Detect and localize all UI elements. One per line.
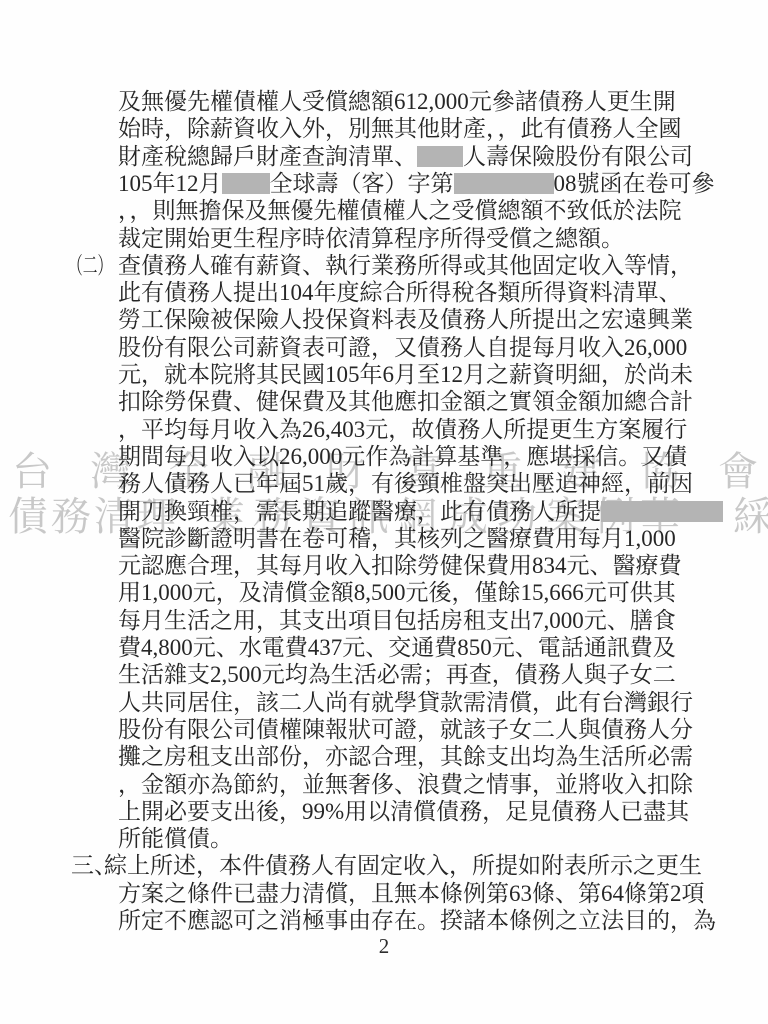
- line-text: 所能償債。: [118, 826, 233, 851]
- line-text: 及無優先權債權人受償總額612,000元參諸債務人更生開: [118, 89, 676, 114]
- line-text: 綜上所述，本件債務人有固定收入，所提如附表所示之更生: [104, 853, 702, 878]
- text-line: 攤之房租支出部份，亦認合理，其餘支出均為生活所必需: [0, 743, 768, 771]
- line-text: 全球壽（客）字第: [270, 171, 454, 196]
- text-line: 醫院診斷證明書在卷可稽，其核列之醫療費用每月1,000: [0, 525, 768, 553]
- text-line: 方案之條件已盡力清償，且無本條例第63條、第64條第2項: [0, 880, 768, 908]
- text-line: ，，則無擔保及無優先權債權人之受償總額不致低於法院: [0, 197, 768, 225]
- line-text: 務人債務人已年屆51歲，有後頸椎盤突出壓迫神經，前因: [118, 471, 693, 496]
- line-text: 醫院診斷證明書在卷可稽，其核列之醫療費用每月1,000: [118, 526, 676, 551]
- text-line: 用1,000元，及清償金額8,500元後，僅餘15,666元可供其: [0, 579, 768, 607]
- text-line: 上開必要支出後，99%用以清償債務，足見債務人已盡其: [0, 798, 768, 826]
- text-line: （二）查債務人確有薪資、執行業務所得或其他固定收入等情，: [0, 252, 768, 280]
- text-line: 裁定開始更生程序時依清算程序所得受償之總額。: [0, 225, 768, 253]
- redaction-box: [417, 146, 463, 167]
- redaction-box: [222, 173, 270, 194]
- text-line: 開刀換頸椎，需長期追蹤醫療，此有債務人所提: [0, 498, 768, 526]
- text-line: 勞工保險被保險人投保資料表及債務人所提出之宏遠興業: [0, 306, 768, 334]
- line-text: 開刀換頸椎，需長期追蹤醫療，此有債務人所提: [118, 499, 601, 524]
- text-line: 105年12月全球壽（客）字第08號函在卷可參: [0, 170, 768, 198]
- line-text: 元認應合理，其每月收入扣除勞健保費用834元、醫療費: [118, 553, 682, 578]
- line-text: 用1,000元，及清償金額8,500元後，僅餘15,666元可供其: [118, 580, 676, 605]
- text-line: 及無優先權債權人受償總額612,000元參諸債務人更生開: [0, 88, 768, 116]
- redaction-box: [601, 501, 723, 522]
- line-text: 生活雜支2,500元均為生活必需；再查，債務人與子女二: [118, 662, 676, 687]
- text-line: 股份有限公司債權陳報狀可證，就該子女二人與債務人分: [0, 716, 768, 744]
- line-text: 元，就本院將其民國105年6月至12月之薪資明細，於尚未: [118, 362, 693, 387]
- line-text: 攤之房租支出部份，亦認合理，其餘支出均為生活所必需: [118, 744, 693, 769]
- line-text: 方案之條件已盡力清償，且無本條例第63條、第64條第2項: [118, 881, 705, 906]
- line-text: 期間每月收入以26,000元作為計算基準，應堪採信。又債: [118, 444, 687, 469]
- line-text: 扣除勞保費、健保費及其他應扣金額之實領金額加總合計: [118, 389, 693, 414]
- list-marker: （二）: [68, 252, 112, 279]
- text-line: 所能償債。: [0, 825, 768, 853]
- line-text: 08號函在卷可參: [554, 171, 715, 196]
- page-number: 2: [0, 934, 768, 959]
- line-text: ，，則無擔保及無優先權債權人之受償總額不致低於法院: [118, 198, 682, 223]
- line-text: 股份有限公司薪資表可證，又債務人自提每月收入26,000: [118, 335, 687, 360]
- line-text: 財產稅總歸戶財產查詢清單、: [118, 144, 417, 169]
- line-text: 上開必要支出後，99%用以清償債務，足見債務人已盡其: [118, 799, 689, 824]
- line-text: 裁定開始更生程序時依清算程序所得受償之總額。: [118, 226, 624, 251]
- text-line: 始時，除薪資收入外，別無其他財產，，此有債務人全國: [0, 115, 768, 143]
- line-text: 人共同居住，該二人尚有就學貸款需清償，此有台灣銀行: [118, 690, 693, 715]
- text-line: 務人債務人已年屆51歲，有後頸椎盤突出壓迫神經，前因: [0, 470, 768, 498]
- redaction-box: [454, 173, 554, 194]
- line-text: 始時，除薪資收入外，別無其他財產，，此有債務人全國: [118, 116, 682, 141]
- line-text: ，平均每月收入為26,403元，故債務人所提更生方案履行: [118, 417, 687, 442]
- text-line: 生活雜支2,500元均為生活必需；再查，債務人與子女二: [0, 661, 768, 689]
- text-line: 每月生活之用，其支出項目包括房租支出7,000元、膳食: [0, 607, 768, 635]
- line-text: 此有債務人提出104年度綜合所得稅各類所得資料清單、: [118, 280, 682, 305]
- line-text: ，金額亦為節約，並無奢侈、浪費之情事，並將收入扣除: [118, 772, 693, 797]
- document-text: 及無優先權債權人受償總額612,000元參諸債務人更生開始時，除薪資收入外，別無…: [0, 0, 768, 1024]
- text-line: 此有債務人提出104年度綜合所得稅各類所得資料清單、: [0, 279, 768, 307]
- text-line: ，平均每月收入為26,403元，故債務人所提更生方案履行: [0, 416, 768, 444]
- line-text: 勞工保險被保險人投保資料表及債務人所提出之宏遠興業: [118, 307, 693, 332]
- text-line: 扣除勞保費、健保費及其他應扣金額之實領金額加總合計: [0, 388, 768, 416]
- line-text: 查債務人確有薪資、執行業務所得或其他固定收入等情，: [118, 253, 693, 278]
- text-line: 費4,800元、水電費437元、交通費850元、電話通訊費及: [0, 634, 768, 662]
- line-text: 所定不應認可之消極事由存在。揆諸本條例之立法目的，為: [118, 908, 716, 933]
- text-line: 期間每月收入以26,000元作為計算基準，應堪採信。又債: [0, 443, 768, 471]
- text-line: 三、綜上所述，本件債務人有固定收入，所提如附表所示之更生: [0, 852, 768, 880]
- line-text: 每月生活之用，其支出項目包括房租支出7,000元、膳食: [118, 608, 676, 633]
- text-line: 股份有限公司薪資表可證，又債務人自提每月收入26,000: [0, 334, 768, 362]
- text-line: 所定不應認可之消極事由存在。揆諸本條例之立法目的，為: [0, 907, 768, 935]
- line-text: 人壽保險股份有限公司: [463, 144, 693, 169]
- line-text: 費4,800元、水電費437元、交通費850元、電話通訊費及: [118, 635, 676, 660]
- text-line: 元認應合理，其每月收入扣除勞健保費用834元、醫療費: [0, 552, 768, 580]
- document-page: 台灣金融財富重建協會 債務清理業務資訊網成功案例華綵 及無優先權債權人受償總額6…: [0, 0, 768, 1024]
- line-text: 105年12月: [118, 171, 222, 196]
- text-line: 元，就本院將其民國105年6月至12月之薪資明細，於尚未: [0, 361, 768, 389]
- text-line: ，金額亦為節約，並無奢侈、浪費之情事，並將收入扣除: [0, 771, 768, 799]
- text-line: 人共同居住，該二人尚有就學貸款需清償，此有台灣銀行: [0, 689, 768, 717]
- text-line: 財產稅總歸戶財產查詢清單、人壽保險股份有限公司: [0, 143, 768, 171]
- line-text: 股份有限公司債權陳報狀可證，就該子女二人與債務人分: [118, 717, 693, 742]
- list-marker: 三、: [71, 852, 117, 879]
